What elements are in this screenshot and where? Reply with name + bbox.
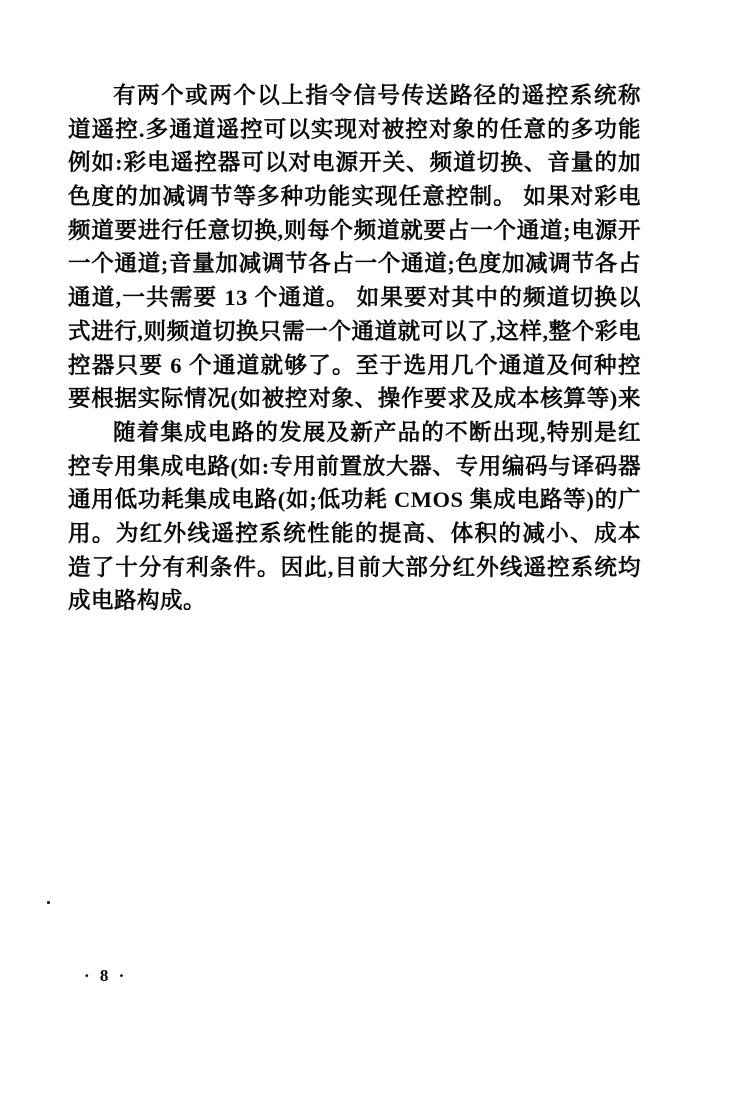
text-line: 道遥控.多通道遥控可以实现对被控对象的任意的多功能遥控。: [68, 113, 641, 147]
text-line: 控专用集成电路(如:专用前置放大器、专用编码与译码器等)及: [68, 450, 641, 484]
body-text: 有两个或两个以上指令信号传送路径的遥控系统称为多通道遥控.多通道遥控可以实现对被…: [68, 79, 641, 618]
text-line: 造了十分有利条件。因此,目前大部分红外线遥控系统均采用集: [68, 551, 641, 585]
paragraph-1: 有两个或两个以上指令信号传送路径的遥控系统称为多通道遥控.多通道遥控可以实现对被…: [68, 79, 641, 416]
text-line: 通用低功耗集成电路(如;低功耗 CMOS 集成电路等)的广泛应: [68, 483, 641, 517]
text-line: 例如:彩电遥控器可以对电源开关、频道切换、音量的加减调节、: [68, 146, 641, 180]
scan-speck: [47, 901, 50, 904]
text-line: 色度的加减调节等多种功能实现任意控制。 如果对彩电的 8 个: [68, 180, 641, 214]
text-line: 一个通道;音量加减调节各占一个通道;色度加减调节各占一个: [68, 247, 641, 281]
text-line: 频道要进行任意切换,则每个频道就要占一个通道;电源开关占: [68, 214, 641, 248]
paragraph-2: 随着集成电路的发展及新产品的不断出现,特别是红外遥控专用集成电路(如:专用前置放…: [68, 416, 641, 618]
text-line: 通道,一共需要 13 个通道。 如果要对其中的频道切换以顺序方: [68, 281, 641, 315]
text-line: 要根据实际情况(如被控对象、操作要求及成本核算等)来决定。: [68, 382, 641, 416]
text-line: 有两个或两个以上指令信号传送路径的遥控系统称为多通: [68, 79, 641, 113]
text-line: 控器只要 6 个通道就够了。至于选用几个通道及何种控制方式,: [68, 349, 641, 383]
text-line: 用。为红外线遥控系统性能的提高、体积的减小、成本的降低创: [68, 517, 641, 551]
text-line: 成电路构成。: [68, 584, 641, 618]
text-line: 式进行,则频道切换只需一个通道就可以了,这样,整个彩电遥: [68, 315, 641, 349]
page-number: · 8 ·: [84, 966, 127, 986]
book-page: 有两个或两个以上指令信号传送路径的遥控系统称为多通道遥控.多通道遥控可以实现对被…: [0, 0, 738, 1120]
text-line: 随着集成电路的发展及新产品的不断出现,特别是红外遥: [68, 416, 641, 450]
